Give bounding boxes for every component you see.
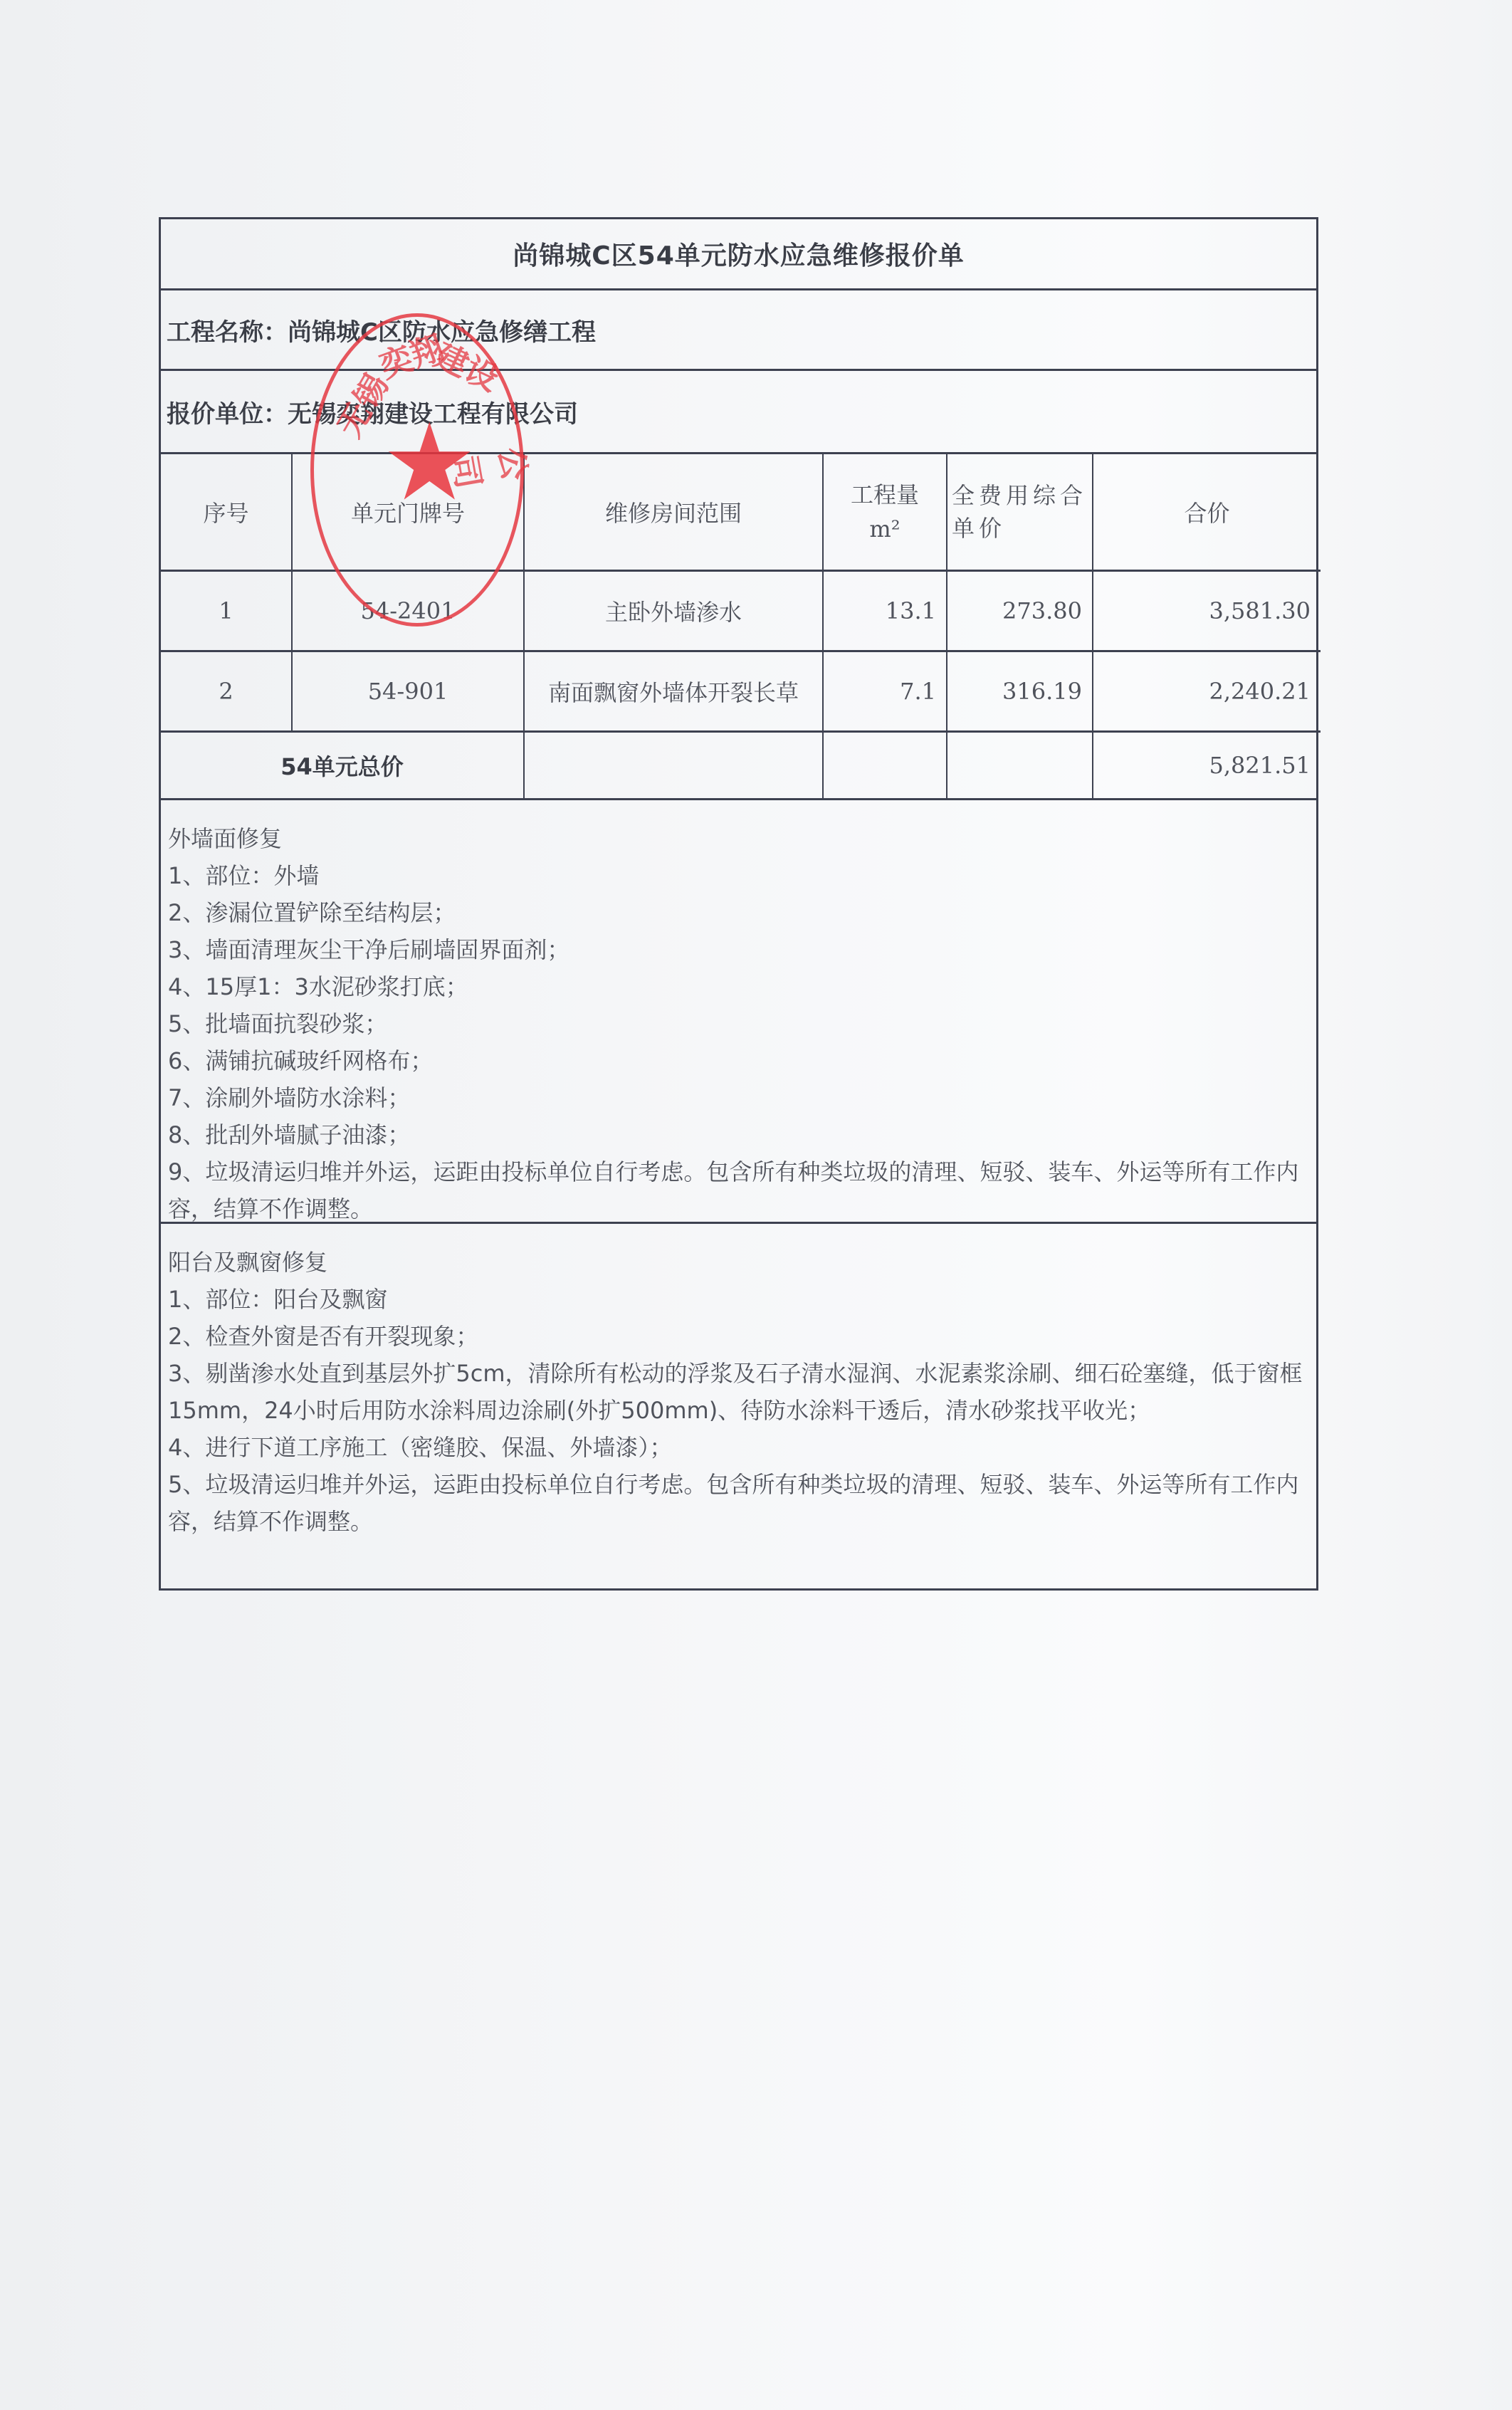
- table-row: 2 54-901 南面飘窗外墙体开裂长草 7.1 316.19 2,240.21: [161, 651, 1321, 732]
- cell-total: 2,240.21: [1093, 651, 1321, 732]
- note-line: 2、检查外窗是否有开裂现象；: [168, 1318, 1309, 1355]
- quoter-label: 报价单位：: [167, 394, 288, 429]
- quoter-row: 报价单位：无锡奕翔建设工程有限公司: [161, 371, 1316, 454]
- summary-label: 54单元总价: [161, 732, 524, 799]
- header-repair-scope: 维修房间范围: [524, 454, 823, 571]
- quoter-value: 无锡奕翔建设工程有限公司: [288, 394, 578, 429]
- note-line: 7、涂刷外墙防水涂料；: [168, 1079, 1309, 1116]
- project-name-value: 尚锦城C区防水应急修缮工程: [288, 313, 596, 347]
- cell-unit-price: 316.19: [947, 651, 1093, 732]
- cell-seq: 2: [161, 651, 292, 732]
- cell-total: 3,581.30: [1093, 571, 1321, 651]
- cell-repair-scope: 南面飘窗外墙体开裂长草: [524, 651, 823, 732]
- cell-unit-price: 273.80: [947, 571, 1093, 651]
- table-header-row: 序号 单元门牌号 维修房间范围 工程量 m² 全费用综合单价 合价: [161, 454, 1321, 571]
- note-line: 4、15厚1：3水泥砂浆打底；: [168, 968, 1309, 1005]
- note-line: 3、墙面清理灰尘干净后刷墙固界面剂；: [168, 931, 1309, 968]
- note-line: 9、垃圾清运归堆并外运，运距由投标单位自行考虑。包含所有种类垃圾的清理、短驳、装…: [168, 1153, 1309, 1227]
- header-quantity: 工程量 m²: [823, 454, 947, 571]
- document-title: 尚锦城C区54单元防水应急维修报价单: [513, 236, 965, 272]
- notes-heading: 外墙面修复: [168, 820, 1309, 857]
- items-table: 序号 单元门牌号 维修房间范围 工程量 m² 全费用综合单价 合价 1 54-2…: [161, 454, 1321, 798]
- summary-row: 54单元总价 5,821.51: [161, 732, 1321, 799]
- cell-unit-door: 54-901: [292, 651, 524, 732]
- summary-empty-quantity: [823, 732, 947, 799]
- table-row: 1 54-2401 主卧外墙渗水 13.1 273.80 3,581.30: [161, 571, 1321, 651]
- project-name-row: 工程名称：尚锦城C区防水应急修缮工程: [161, 290, 1316, 371]
- notes-heading: 阳台及飘窗修复: [168, 1244, 1309, 1281]
- header-total: 合价: [1093, 454, 1321, 571]
- note-line: 1、部位：外墙: [168, 857, 1309, 894]
- note-line: 1、部位：阳台及飘窗: [168, 1281, 1309, 1318]
- header-unit-door: 单元门牌号: [292, 454, 524, 571]
- cell-quantity: 13.1: [823, 571, 947, 651]
- note-line: 5、垃圾清运归堆并外运，运距由投标单位自行考虑。包含所有种类垃圾的清理、短驳、装…: [168, 1466, 1309, 1540]
- note-line: 8、批刮外墙腻子油漆；: [168, 1116, 1309, 1153]
- items-table-row: 序号 单元门牌号 维修房间范围 工程量 m² 全费用综合单价 合价 1 54-2…: [161, 454, 1316, 800]
- cell-quantity: 7.1: [823, 651, 947, 732]
- cell-seq: 1: [161, 571, 292, 651]
- summary-empty-price: [947, 732, 1093, 799]
- title-row: 尚锦城C区54单元防水应急维修报价单: [161, 219, 1316, 290]
- header-quantity-label: 工程量: [851, 481, 919, 508]
- note-line: 4、进行下道工序施工（密缝胶、保温、外墙漆）；: [168, 1429, 1309, 1466]
- cell-repair-scope: 主卧外墙渗水: [524, 571, 823, 651]
- header-quantity-unit: m²: [869, 515, 900, 543]
- notes-balcony-window: 阳台及飘窗修复 1、部位：阳台及飘窗 2、检查外窗是否有开裂现象； 3、剔凿渗水…: [161, 1224, 1316, 1588]
- note-line: 2、渗漏位置铲除至结构层；: [168, 894, 1309, 931]
- header-seq: 序号: [161, 454, 292, 571]
- project-name-label: 工程名称：: [167, 313, 288, 347]
- quotation-sheet: 尚锦城C区54单元防水应急维修报价单 工程名称：尚锦城C区防水应急修缮工程 报价…: [159, 217, 1318, 1591]
- notes-exterior-wall: 外墙面修复 1、部位：外墙 2、渗漏位置铲除至结构层； 3、墙面清理灰尘干净后刷…: [161, 800, 1316, 1224]
- summary-empty-scope: [524, 732, 823, 799]
- summary-total: 5,821.51: [1093, 732, 1321, 799]
- note-line: 3、剔凿渗水处直到基层外扩5cm，清除所有松动的浮浆及石子清水湿润、水泥素浆涂刷…: [168, 1355, 1309, 1429]
- note-line: 5、批墙面抗裂砂浆；: [168, 1005, 1309, 1042]
- cell-unit-door: 54-2401: [292, 571, 524, 651]
- header-unit-price: 全费用综合单价: [947, 454, 1093, 571]
- note-line: 6、满铺抗碱玻纤网格布；: [168, 1042, 1309, 1079]
